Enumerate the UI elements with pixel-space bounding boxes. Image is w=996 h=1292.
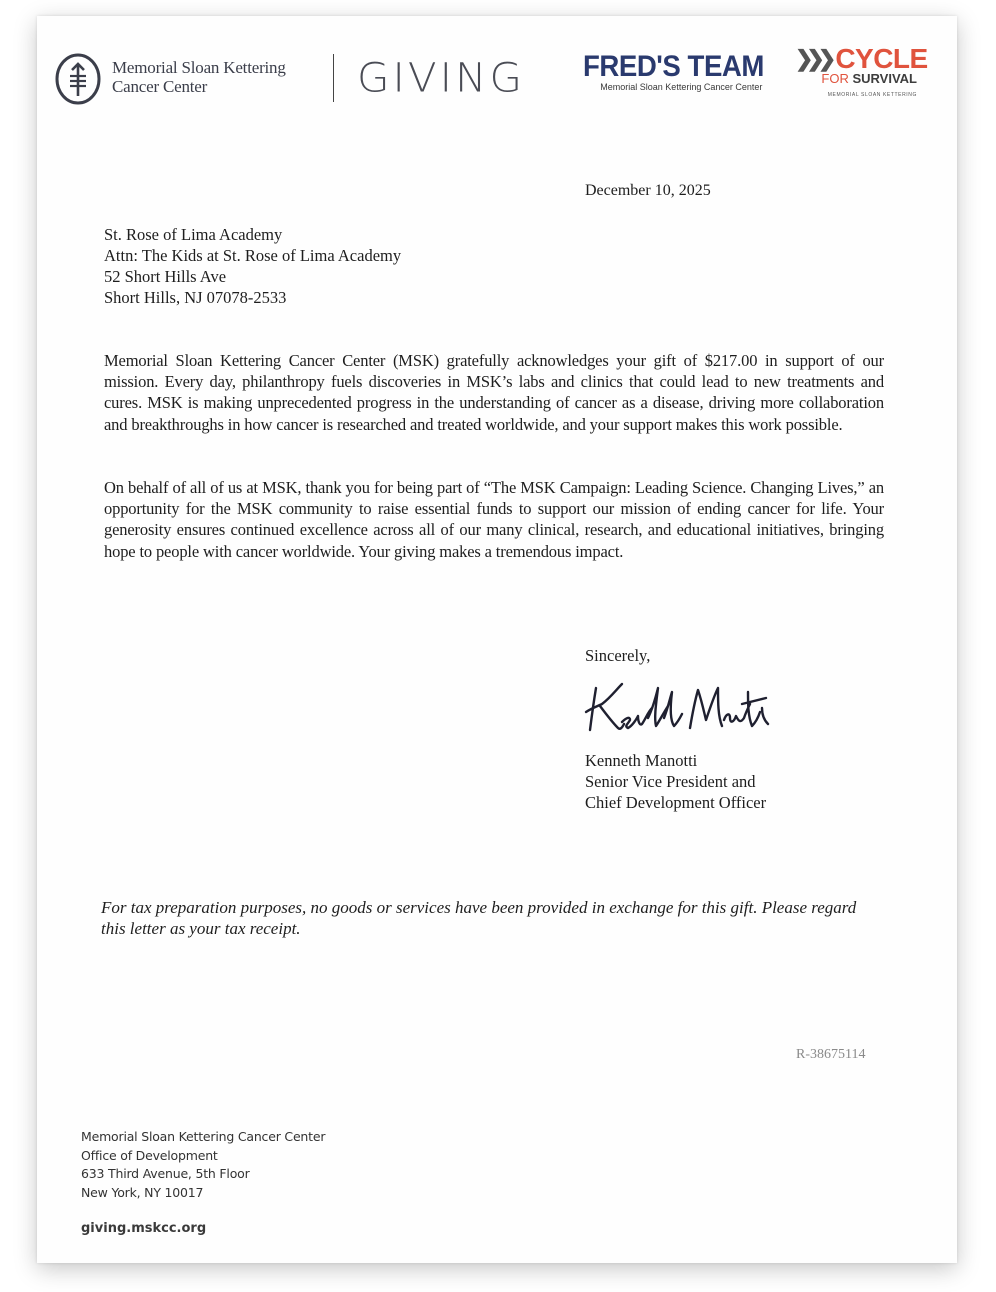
msk-org-name: Memorial Sloan Kettering Cancer Center <box>112 58 286 96</box>
signature-image <box>582 678 772 738</box>
letter-page: Memorial Sloan Kettering Cancer Center G… <box>37 16 957 1263</box>
for-text: FOR <box>821 71 852 86</box>
survival-text: SURVIVAL <box>852 71 917 86</box>
logo-divider <box>333 54 334 102</box>
signer-title-line1: Senior Vice President and <box>585 771 766 792</box>
org-name-line2: Cancer Center <box>112 77 286 96</box>
footer-address-line: 633 Third Avenue, 5th Floor <box>81 1165 325 1184</box>
cycle-for-survival-logo: ❯❯❯ CYCLE FOR SURVIVAL MEMORIAL SLOAN KE… <box>795 46 925 98</box>
msk-tree-icon <box>53 52 103 106</box>
signer-title-line2: Chief Development Officer <box>585 792 766 813</box>
recipient-line: 52 Short Hills Ave <box>104 266 401 287</box>
giving-label: GIVING <box>357 55 525 101</box>
recipient-line: Attn: The Kids at St. Rose of Lima Acade… <box>104 245 401 266</box>
chevrons-icon: ❯❯❯ <box>795 46 829 72</box>
freds-team-logo: FRED'S TEAM Memorial Sloan Kettering Can… <box>583 51 780 92</box>
org-name-line1: Memorial Sloan Kettering <box>112 58 286 77</box>
tax-receipt-note: For tax preparation purposes, no goods o… <box>101 897 881 939</box>
freds-team-title: FRED'S TEAM <box>583 51 764 83</box>
recipient-line: Short Hills, NJ 07078-2533 <box>104 287 401 308</box>
cycle-word: CYCLE <box>835 46 927 72</box>
letter-date: December 10, 2025 <box>585 182 711 200</box>
footer-website-link[interactable]: giving.mskcc.org <box>81 1221 206 1236</box>
recipient-line: St. Rose of Lima Academy <box>104 224 401 245</box>
cycle-tagline: MEMORIAL SLOAN KETTERING <box>795 92 925 98</box>
footer-address-line: Memorial Sloan Kettering Cancer Center <box>81 1128 325 1147</box>
closing-salutation: Sincerely, <box>585 646 650 666</box>
footer-address-line: New York, NY 10017 <box>81 1184 325 1203</box>
giving-text: GIVING <box>357 54 525 101</box>
footer-address-line: Office of Development <box>81 1147 325 1166</box>
reference-number: R-38675114 <box>796 1047 865 1063</box>
for-survival-text: FOR SURVIVAL <box>795 72 925 86</box>
signer-block: Kenneth Manotti Senior Vice President an… <box>585 750 766 813</box>
freds-team-subtitle: Memorial Sloan Kettering Cancer Center <box>583 82 780 92</box>
signer-name: Kenneth Manotti <box>585 750 766 771</box>
body-paragraph-1: Memorial Sloan Kettering Cancer Center (… <box>104 350 884 435</box>
footer-address: Memorial Sloan Kettering Cancer Center O… <box>81 1128 325 1202</box>
recipient-address: St. Rose of Lima Academy Attn: The Kids … <box>104 224 401 308</box>
body-paragraph-2: On behalf of all of us at MSK, thank you… <box>104 477 884 562</box>
